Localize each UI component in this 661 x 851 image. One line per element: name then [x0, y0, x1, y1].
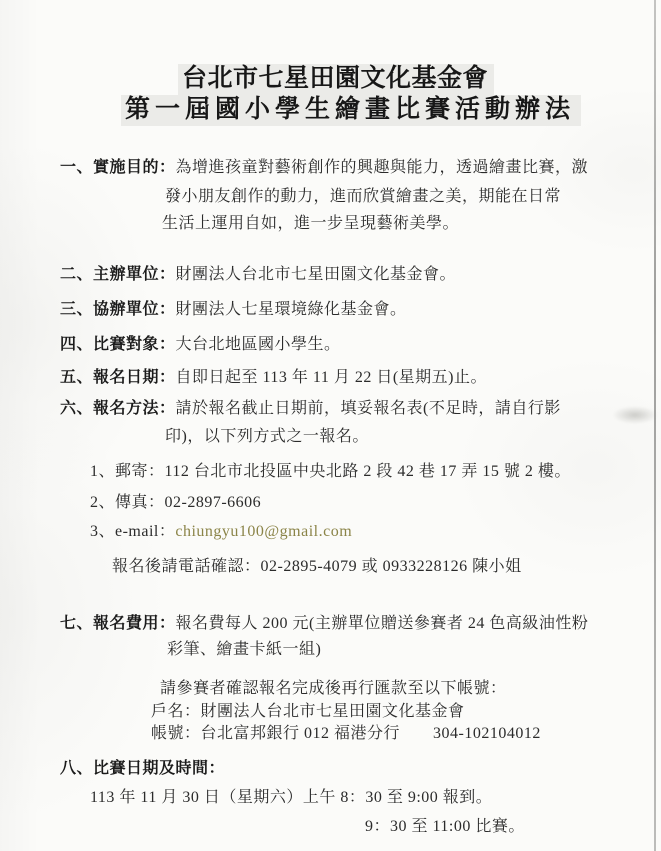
section-method-label: 六、報名方法： [60, 400, 176, 417]
section-organizer-text: 財團法人台北市七星田園文化基金會。 [176, 266, 457, 283]
method-item-email: 3、e-mail：chiungyu100@gmail.com [90, 521, 352, 542]
account-name-line: 戶名：財團法人台北市七星田園文化基金會 [151, 701, 465, 722]
section-fee-line1: 七、報名費用：報名費每人 200 元(主辦單位贈送參賽者 24 色高級油性粉 [60, 613, 588, 634]
section-method-line1: 六、報名方法：請於報名截止日期前，填妥報名表(不足時，請自行影 [60, 398, 561, 419]
section-purpose-label: 一、實施目的： [60, 159, 176, 176]
payment-note-line: 請參賽者確認報名完成後再行匯款至以下帳號： [160, 678, 507, 699]
section-method-line2: 印)，以下列方式之一報名。 [165, 426, 369, 447]
section-fee-line2: 彩筆、繪畫卡紙一組) [167, 639, 321, 660]
section-schedule-heading: 八、比賽日期及時間： [60, 758, 225, 779]
scan-artifact-edge-line [654, 0, 656, 851]
section-coorganizer-line: 三、協辦單位：財團法人七星環境綠化基金會。 [60, 299, 407, 320]
section-fee-label: 七、報名費用： [60, 615, 176, 632]
schedule-time-line: 9：30 至 11:00 比賽。 [365, 816, 525, 837]
section-deadline-label: 五、報名日期： [60, 369, 176, 386]
section-purpose-line2: 發小朋友創作的動力，進而欣賞繪畫之美，期能在日常 [165, 186, 561, 207]
method-item-mail: 1、郵寄：112 台北市北投區中央北路 2 段 42 巷 17 弄 15 號 2… [90, 461, 571, 482]
section-eligibility-line: 四、比賽對象：大台北地區國小學生。 [60, 334, 341, 355]
document-title-line2: 第一屆國小學生繪畫比賽活動辦法 [121, 95, 581, 126]
section-eligibility-label: 四、比賽對象： [60, 336, 176, 353]
section-purpose-text1: 為增進孩童對藝術創作的興趣與能力，透過繪畫比賽，激 [176, 159, 589, 176]
section-organizer-line: 二、主辦單位：財團法人台北市七星田園文化基金會。 [60, 264, 456, 285]
scan-artifact-smudge [612, 406, 658, 424]
scanned-document-page: 台北市七星田園文化基金會 第一屆國小學生繪畫比賽活動辦法 一、實施目的：為增進孩… [0, 0, 661, 851]
section-purpose-line3: 生活上運用自如，進一步呈現藝術美學。 [162, 213, 459, 234]
section-coorganizer-text: 財團法人七星環境綠化基金會。 [176, 301, 407, 318]
section-fee-text1: 報名費每人 200 元(主辦單位贈送參賽者 24 色高級油性粉 [176, 615, 589, 632]
email-address: chiungyu100@gmail.com [175, 523, 352, 540]
section-method-text1: 請於報名截止日期前，填妥報名表(不足時，請自行影 [176, 400, 561, 417]
section-organizer-label: 二、主辦單位： [60, 266, 176, 283]
email-item-prefix: 3、e-mail： [90, 523, 175, 540]
section-eligibility-text: 大台北地區國小學生。 [176, 336, 341, 353]
schedule-date-line: 113 年 11 月 30 日（星期六）上午 8：30 至 9:00 報到。 [90, 787, 492, 808]
section-deadline-text: 自即日起至 113 年 11 月 22 日(星期五)止。 [176, 369, 487, 386]
document-title-line1: 台北市七星田園文化基金會 [178, 64, 494, 95]
method-item-fax: 2、傳真：02-2897-6606 [90, 492, 261, 513]
account-number-line: 帳號：台北富邦銀行 012 福港分行 304-102104012 [151, 723, 541, 744]
section-purpose-line1: 一、實施目的：為增進孩童對藝術創作的興趣與能力，透過繪畫比賽，激 [60, 157, 588, 178]
phone-confirmation-note: 報名後請電話確認：02-2895-4079 或 0933228126 陳小姐 [112, 556, 522, 577]
section-schedule-label: 八、比賽日期及時間： [60, 760, 225, 777]
section-deadline-line: 五、報名日期：自即日起至 113 年 11 月 22 日(星期五)止。 [60, 367, 487, 388]
section-coorganizer-label: 三、協辦單位： [60, 301, 176, 318]
